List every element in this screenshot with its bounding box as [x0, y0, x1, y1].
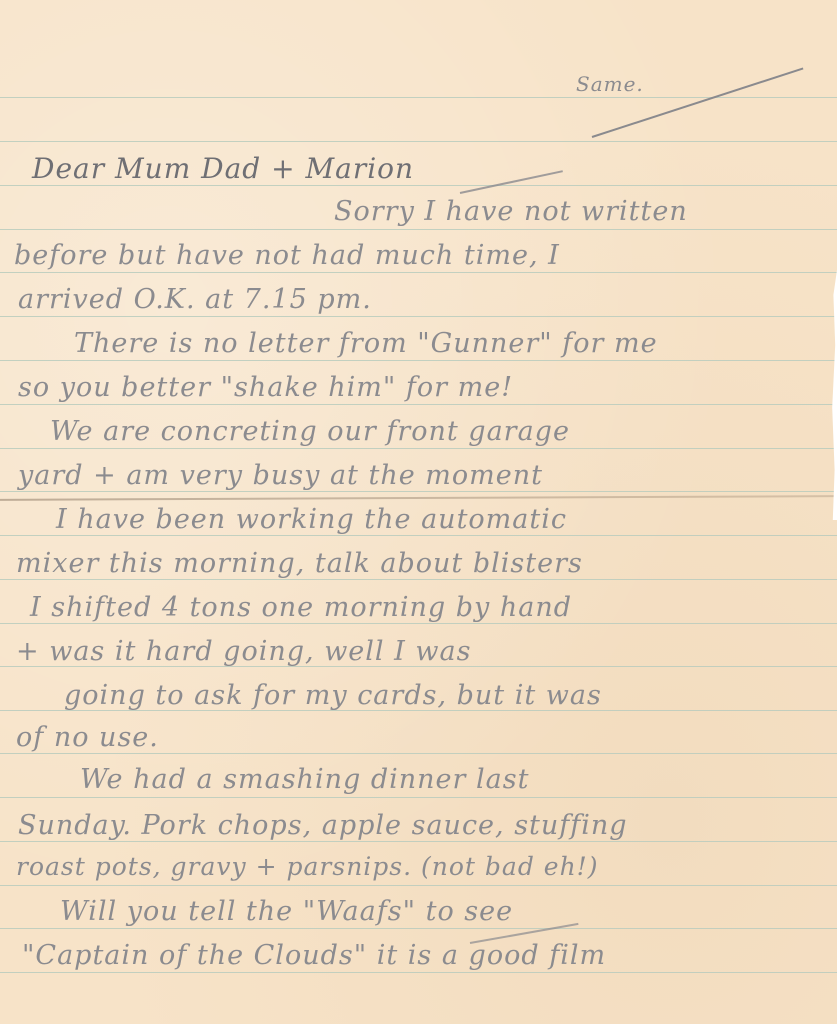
- rule-line: [0, 579, 837, 580]
- rule-line: [0, 623, 837, 624]
- rule-line: [0, 753, 837, 754]
- letter-line: Sunday. Pork chops, apple sauce, stuffin…: [18, 810, 628, 841]
- rule-line: [0, 841, 837, 842]
- rule-line: [0, 797, 837, 798]
- letter-paper: Same. Dear Mum Dad + Marion Sorry I have…: [0, 0, 837, 1024]
- letter-line: We are concreting our front garage: [50, 416, 570, 447]
- rule-line: [0, 272, 837, 273]
- rule-line: [0, 316, 837, 317]
- letter-line: I have been working the automatic: [56, 504, 567, 535]
- letter-line: going to ask for my cards, but it was: [64, 680, 602, 711]
- salutation: Dear Mum Dad + Marion: [32, 152, 414, 185]
- letter-line: so you better "shake him" for me!: [18, 372, 513, 403]
- rule-line: [0, 972, 837, 973]
- rule-line: [0, 229, 837, 230]
- letter-line: We had a smashing dinner last: [80, 764, 529, 795]
- rule-line: [0, 141, 837, 142]
- letter-line: I shifted 4 tons one morning by hand: [30, 592, 572, 623]
- letter-line: arrived O.K. at 7.15 pm.: [18, 284, 372, 315]
- rule-line: [0, 491, 837, 492]
- letter-line: There is no letter from "Gunner" for me: [74, 328, 658, 359]
- rule-line: [0, 885, 837, 886]
- header-address: Same.: [576, 72, 644, 96]
- rule-line: [0, 535, 837, 536]
- rule-line: [0, 448, 837, 449]
- rule-line: [0, 928, 837, 929]
- letter-line: Will you tell the "Waafs" to see: [60, 896, 513, 927]
- letter-line: of no use.: [16, 722, 159, 753]
- salutation-flourish: [460, 170, 563, 194]
- letter-line: Sorry I have not written: [334, 196, 688, 227]
- letter-line: before but have not had much time, I: [14, 240, 560, 271]
- letter-line: yard + am very busy at the moment: [18, 460, 543, 491]
- letter-line: mixer this morning, talk about blisters: [16, 548, 583, 579]
- letter-line: "Captain of the Clouds" it is a good fil…: [22, 940, 606, 971]
- rule-line: [0, 404, 837, 405]
- rule-line: [0, 185, 837, 186]
- letter-line: roast pots, gravy + parsnips. (not bad e…: [16, 852, 598, 881]
- torn-edge: [831, 270, 837, 520]
- paper-fold-crease: [0, 495, 837, 501]
- letter-line: + was it hard going, well I was: [16, 636, 471, 667]
- rule-line: [0, 360, 837, 361]
